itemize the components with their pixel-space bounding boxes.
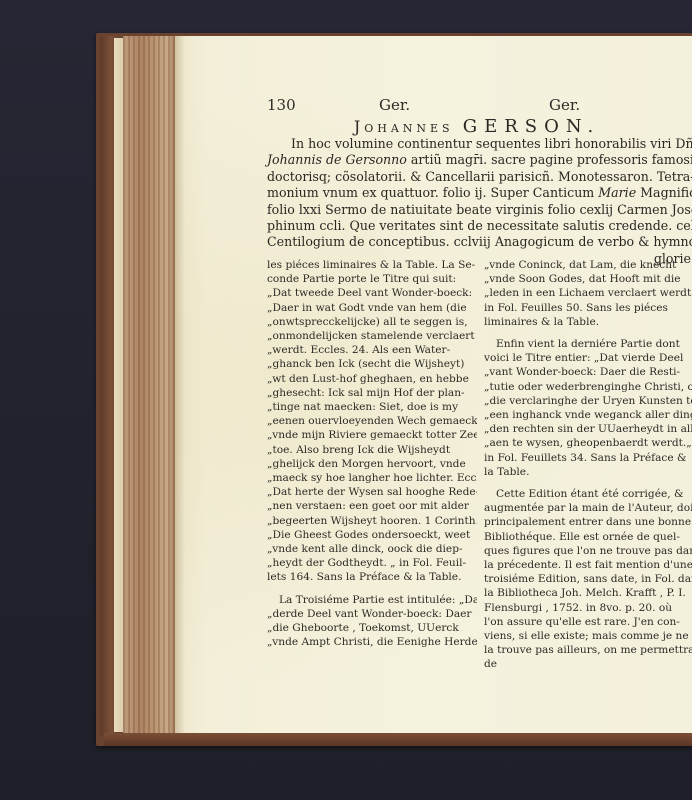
- title-line: Centilogium de conceptibus. cclviij Anag…: [267, 234, 691, 250]
- entry-title: Johannes GERSON.: [267, 116, 687, 137]
- text-line: „onmondelijcken stamelende verclaert: [267, 329, 477, 343]
- running-head: 130 Ger. Ger.: [267, 96, 687, 118]
- text-line: Cette Edition étant été corrigée, &: [484, 487, 692, 501]
- quoted-title-block: In hoc volumine continentur sequentes li…: [267, 136, 691, 267]
- text-line: „tinge nat maecken: Siet, doe is my: [267, 400, 477, 414]
- text-line: „toe. Also breng Ick die Wijsheydt: [267, 443, 477, 457]
- text-line: „nen verstaen: een goet oor mit alder: [267, 499, 477, 513]
- text-line: Flensburgi , 1752. in 8vo. p. 20. où: [484, 601, 692, 615]
- text-line: l'on assure qu'elle est rare. J'en con-: [484, 615, 692, 629]
- text-line: conde Partie porte le Titre qui suit:: [267, 272, 477, 286]
- text-line: „maeck sy hoe langher hoe lichter. Eccle…: [267, 471, 477, 485]
- page-stack-edges: [123, 36, 175, 733]
- paragraph-gap: [267, 585, 477, 593]
- title-line: Johannis de Gersonno artiũ magr̄i. sacre…: [267, 152, 691, 168]
- title-first-name: Johannes: [354, 117, 454, 136]
- text-line: „ghanck ben Ick (secht die Wijsheyt): [267, 357, 477, 371]
- text-line: de: [484, 657, 692, 671]
- title-line: doctorisq; cõsolatorii. & Cancellarii pa…: [267, 169, 691, 185]
- text-line: in Fol. Feuillets 34. Sans la Préface &: [484, 451, 692, 465]
- text-line: „heydt der Godtheydt. „ in Fol. Feuil-: [267, 556, 477, 570]
- text-line: „leden in een Lichaem verclaert werdt.„: [484, 286, 692, 300]
- title-line-segment: artiũ magr̄i. sacre pagine professoris f…: [407, 152, 692, 167]
- title-line: monium vnum ex quattuor. folio ij. Super…: [267, 185, 691, 201]
- text-line: „begeerten Wijsheyt hooren. 1 Corinth.: [267, 514, 477, 528]
- title-line-segment: Marie: [598, 185, 636, 200]
- text-line: „ghesecht: Ick sal mijn Hof der plan-: [267, 386, 477, 400]
- text-line: „vnde Soon Godes, dat Hooft mit die: [484, 272, 692, 286]
- text-line: „vant Wonder-boeck: Daer die Resti-: [484, 365, 692, 379]
- book-cover-bottom: [104, 733, 692, 746]
- title-line-segment: monium vnum ex quattuor. folio ij. Super…: [267, 185, 598, 200]
- title-line: In hoc volumine continentur sequentes li…: [267, 136, 691, 152]
- text-line: la trouve pas ailleurs, on me permettra: [484, 643, 692, 657]
- text-line: troisiéme Edition, sans date, in Fol. da…: [484, 572, 692, 586]
- gutter-shadow: [175, 36, 185, 733]
- title-line-segment: Johannis de Gersonno: [267, 152, 407, 167]
- text-line: „Dat tweede Deel vant Wonder-boeck:: [267, 286, 477, 300]
- text-line: viens, si elle existe; mais comme je ne: [484, 629, 692, 643]
- text-line: „vnde Ampt Christi, die Eenighe Herder: [267, 635, 477, 649]
- text-line: „onwtsprecckelijcke) all te seggen is,: [267, 315, 477, 329]
- text-line: „aen te wysen, gheopenbaerdt werdt.„: [484, 436, 692, 450]
- text-line: voici le Titre entier: „Dat vierde Deel: [484, 351, 692, 365]
- text-line: ques figures que l'on ne trouve pas dans: [484, 544, 692, 558]
- text-line: „vnde Coninck, dat Lam, die knecht: [484, 258, 692, 272]
- text-line: Bibliothéque. Elle est ornée de quel-: [484, 530, 692, 544]
- text-line: „vnde kent alle dinck, oock die diep-: [267, 542, 477, 556]
- text-line: „Dat herte der Wysen sal hooghe Rede-: [267, 485, 477, 499]
- text-line: „die Gheboorte , Toekomst, UUerck: [267, 621, 477, 635]
- title-line-segment: Magnificat.: [636, 185, 692, 200]
- paragraph-gap: [484, 479, 692, 487]
- text-line: „wt den Lust-hof gheghaen, en hebbe: [267, 372, 477, 386]
- text-line: „Daer in wat Godt vnde van hem (die: [267, 301, 477, 315]
- text-line: principalement entrer dans une bonne: [484, 515, 692, 529]
- text-line: Enfin vient la derniére Partie dont: [484, 337, 692, 351]
- text-line: La Troisiéme Partie est intitulée: „Dat: [267, 593, 477, 607]
- text-line: „ghelijck den Morgen hervoort, vnde: [267, 457, 477, 471]
- text-line: „vnde mijn Riviere gemaeckt totter Zee: [267, 428, 477, 442]
- title-line: folio lxxi Sermo de natiuitate beate vir…: [267, 202, 691, 218]
- text-line: lets 164. Sans la Préface & la Table.: [267, 570, 477, 584]
- right-column: „vnde Coninck, dat Lam, die knecht„vnde …: [484, 258, 692, 672]
- running-head-right: Ger.: [549, 96, 580, 114]
- text-line: „Die Gheest Godes ondersoeckt, weet: [267, 528, 477, 542]
- text-line: la précedente. Il est fait mention d'une: [484, 558, 692, 572]
- page-number: 130: [267, 96, 296, 114]
- text-line: in Fol. Feuilles 50. Sans les piéces: [484, 301, 692, 315]
- text-line: „eenen ouervloeyenden Wech gemaeckt,: [267, 414, 477, 428]
- text-line: la Bibliotheca Joh. Melch. Krafft , P. I…: [484, 586, 692, 600]
- text-line: la Table.: [484, 465, 692, 479]
- text-line: „die verclaringhe der Uryen Kunsten tot: [484, 394, 692, 408]
- text-line: „derde Deel vant Wonder-boeck: Daer: [267, 607, 477, 621]
- text-line: „een inghanck vnde weganck aller dingen,: [484, 408, 692, 422]
- title-surname: GERSON.: [463, 116, 600, 137]
- text-line: „tutie oder wederbrenginghe Christi, ook: [484, 380, 692, 394]
- text-line: liminaires & la Table.: [484, 315, 692, 329]
- running-head-left: Ger.: [379, 96, 410, 114]
- text-line: augmentée par la main de l'Auteur, doit: [484, 501, 692, 515]
- text-line: les piéces liminaires & la Table. La Se-: [267, 258, 477, 272]
- title-line: phinum ccli. Que veritates sint de neces…: [267, 218, 691, 234]
- left-column: les piéces liminaires & la Table. La Se-…: [267, 258, 477, 649]
- text-line: „den rechten sin der UUaerheydt in allen: [484, 422, 692, 436]
- text-line: „werdt. Eccles. 24. Als een Water-: [267, 343, 477, 357]
- paragraph-gap: [484, 329, 692, 337]
